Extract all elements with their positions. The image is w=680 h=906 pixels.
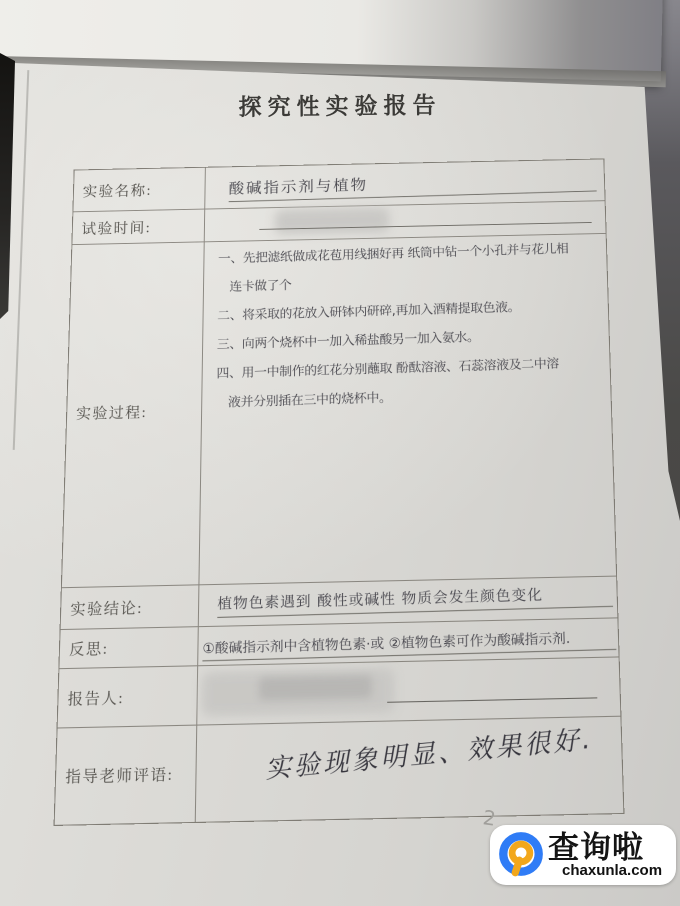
row-label: 实验过程: — [62, 242, 205, 587]
teacher-comment-value: 实验现象明显、效果很好. — [264, 718, 595, 786]
row-label: 指导老师评语: — [55, 726, 198, 825]
handwriting-underline — [387, 697, 597, 702]
row-label: 反思: — [59, 627, 198, 668]
conclusion-value: 植物色素遇到 酸性或碱性 物质会发生颜色变化 — [217, 581, 613, 618]
report-form-table: 实验名称: 酸碱指示剂与植物 试验时间: 实验过程: 一、先把滤纸做成花苞用线捆… — [54, 158, 625, 825]
photo-of-experiment-report: 探究性实验报告 实验名称: 酸碱指示剂与植物 试验时间: 实验过程: 一、先把滤… — [0, 0, 680, 906]
row-value-cell — [197, 657, 620, 724]
row-label: 报告人: — [58, 666, 199, 727]
table-row-experiment-process: 实验过程: 一、先把滤纸做成花苞用线捆好再 纸筒中钻一个小孔并与花儿相 连卡做了… — [62, 234, 616, 588]
row-value-cell: 实验现象明显、效果很好. — [196, 717, 624, 822]
redaction-blur — [275, 208, 390, 235]
row-value-cell: 一、先把滤纸做成花苞用线捆好再 纸筒中钻一个小孔并与花儿相 连卡做了个 二、将采… — [199, 234, 616, 584]
row-value-cell: 酸碱指示剂与植物 — [205, 159, 604, 208]
table-row-teacher-comment: 指导老师评语: 实验现象明显、效果很好. — [55, 717, 624, 825]
redaction-blur-inner — [259, 675, 372, 700]
reflection-value: ①酸碱指示剂中含植物色素·或 ②植物色素可作为酸碱指示剂. — [202, 625, 616, 661]
row-label: 试验时间: — [72, 210, 205, 245]
experiment-name-value: 酸碱指示剂与植物 — [229, 166, 597, 202]
watermark-domain: chaxunla.com — [562, 863, 662, 878]
watermark-brand: 查询啦 — [548, 833, 644, 863]
row-label: 实验名称: — [73, 168, 205, 212]
magnifier-logo-icon — [496, 830, 546, 880]
watermark-badge: 查询啦 chaxunla.com — [490, 825, 676, 885]
watermark-text-block: 查询啦 chaxunla.com — [548, 833, 662, 878]
row-label: 实验结论: — [61, 585, 200, 629]
